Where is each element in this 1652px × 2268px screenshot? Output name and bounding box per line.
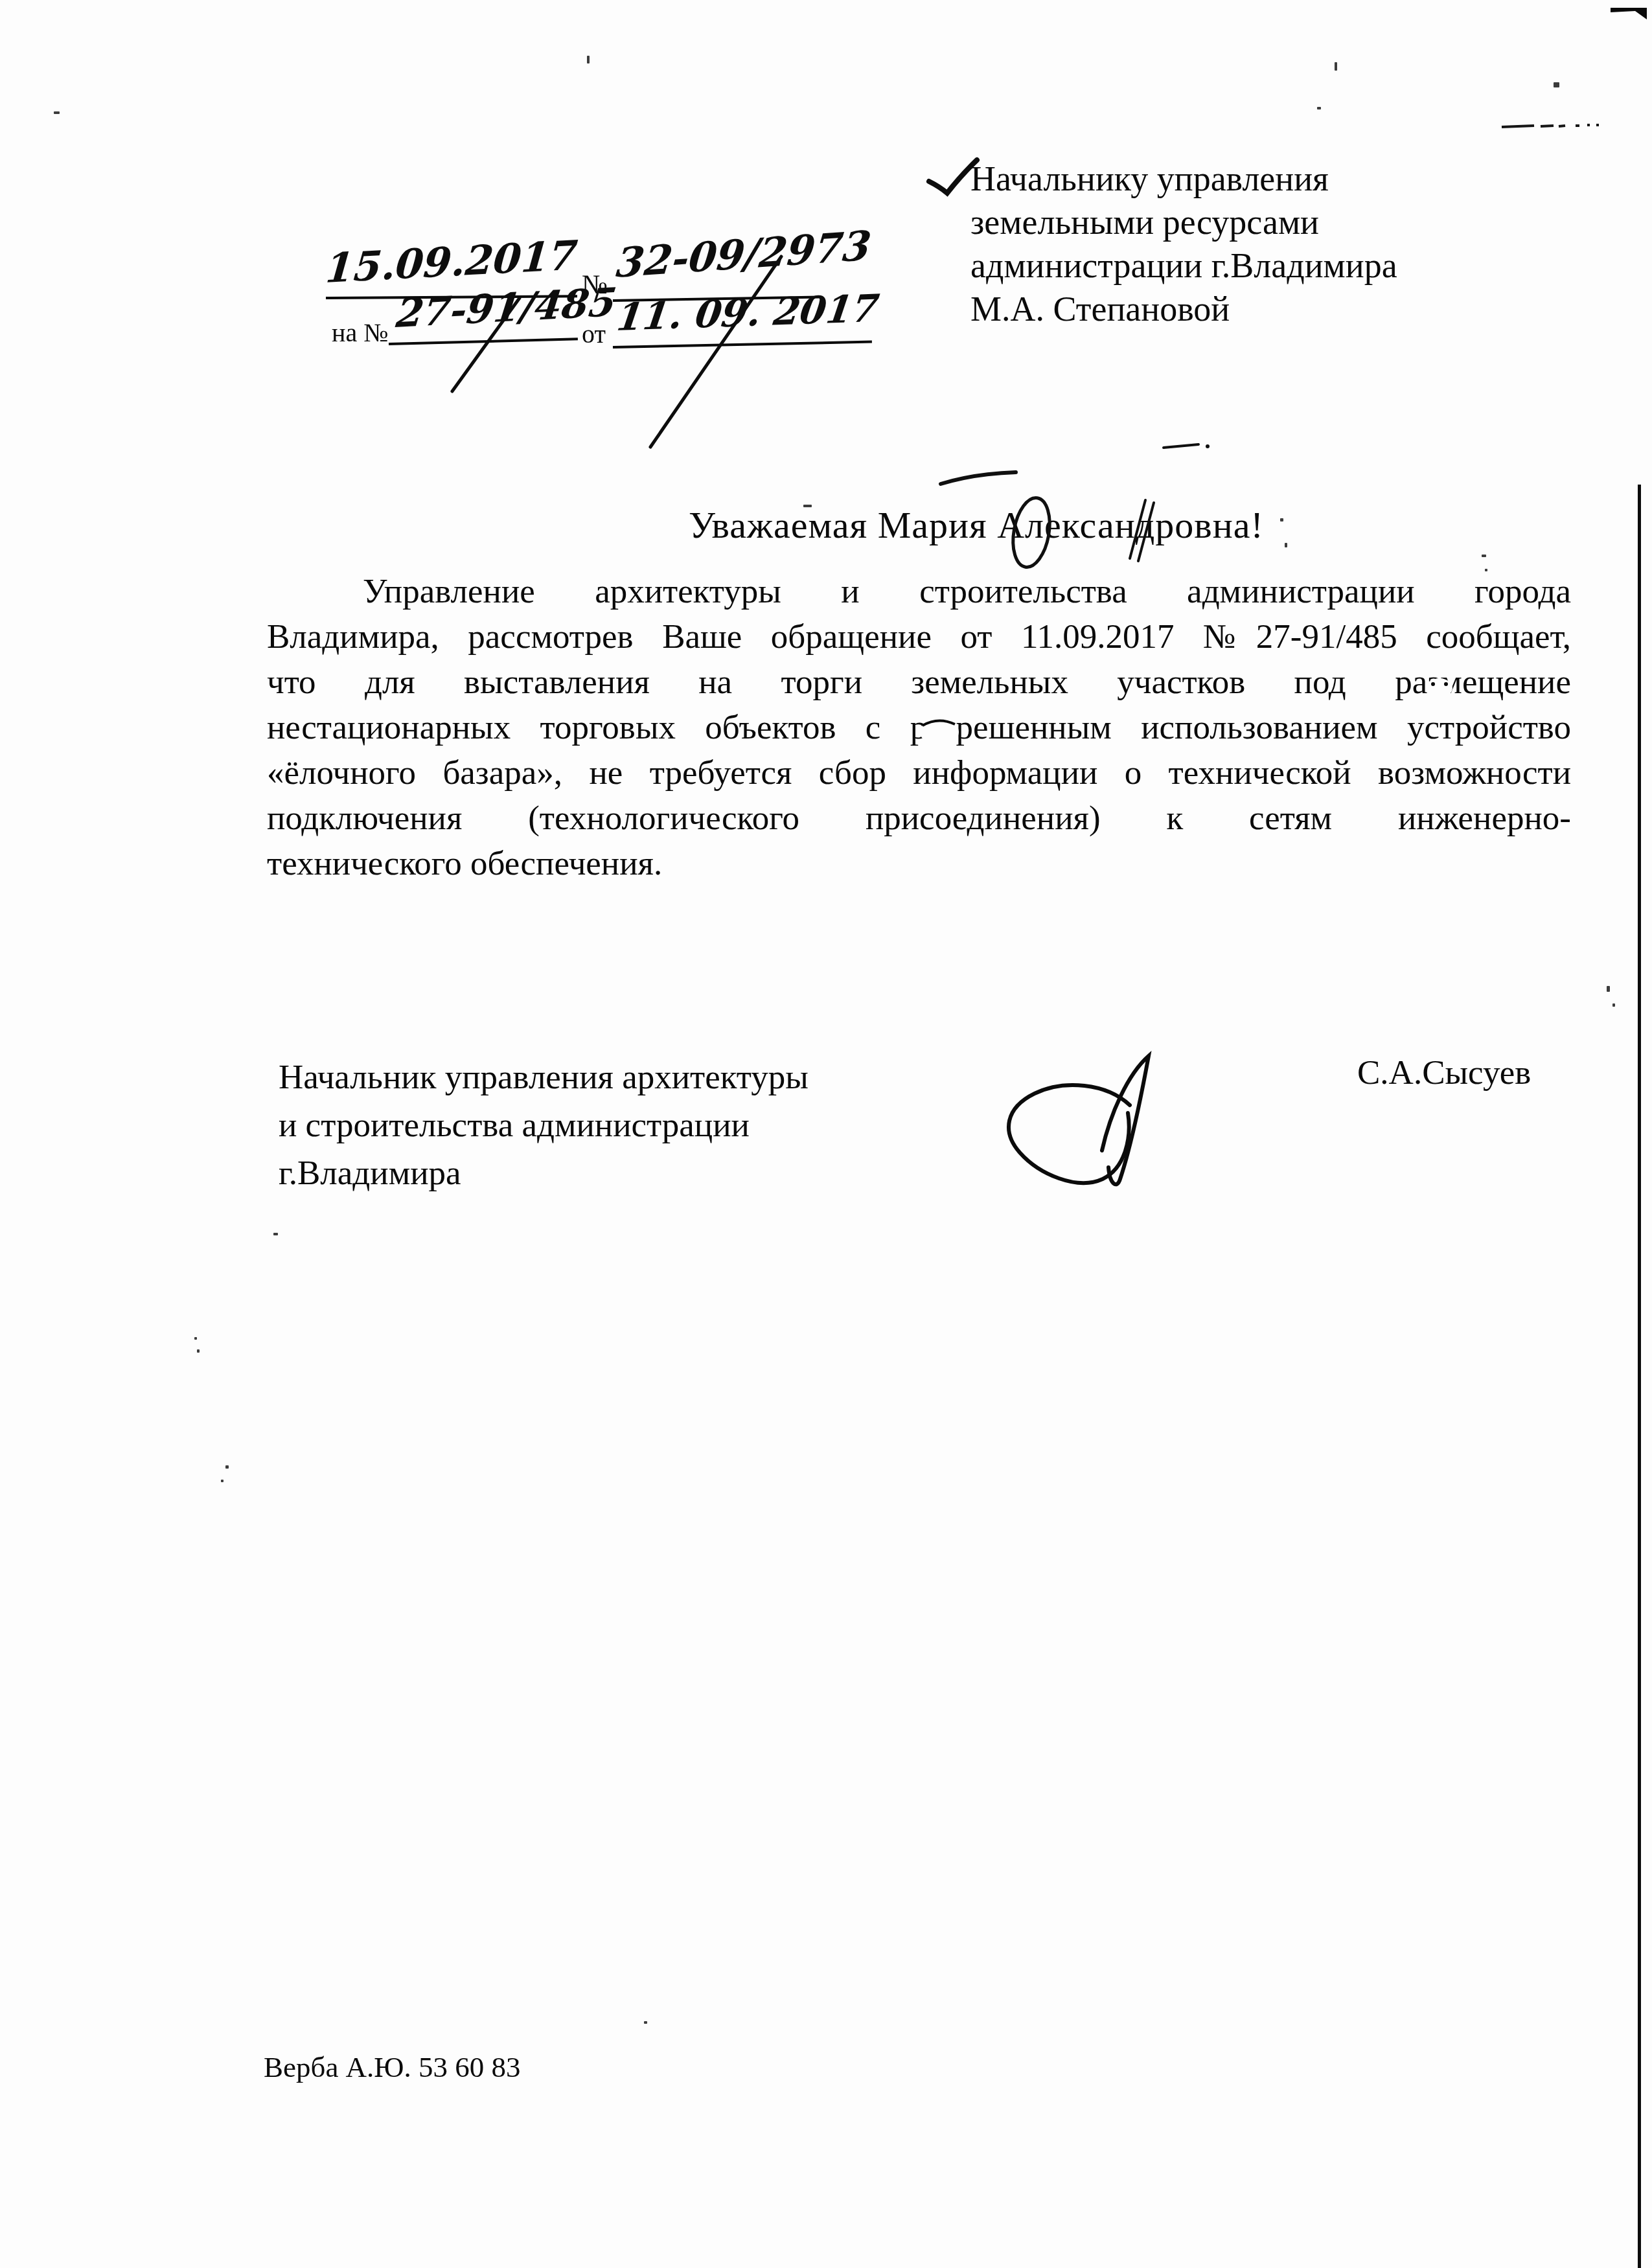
scan-speck: [225, 1465, 229, 1469]
scan-speck: [1554, 82, 1559, 87]
signer-name: С.А.Сысуев: [1357, 1053, 1531, 1092]
scan-speck: [803, 505, 812, 507]
scan-speck: [197, 1349, 200, 1353]
scanned-letter-page: { "colors": { "ink": "#0a0a0a", "backgro…: [0, 0, 1652, 2268]
scan-speck: [1485, 569, 1487, 571]
outgoing-number-handwritten: 32-09/2973: [614, 222, 873, 287]
body-line: что для выставления на торги земельных у…: [267, 659, 1571, 705]
reference-number-underline: [389, 338, 578, 345]
body-line: нестационарных торговых объектов с разре…: [267, 705, 1571, 750]
scan-speck: [1335, 62, 1337, 71]
scan-speck: [1317, 107, 1321, 109]
scan-speck: [273, 1233, 278, 1235]
addressee-line: администрации г.Владимира: [970, 244, 1397, 288]
signer-position-line: г.Владимира: [279, 1149, 809, 1197]
addressee-line: земельными ресурсами: [970, 201, 1397, 244]
scan-speck: [194, 1337, 197, 1340]
salutation: Уважаемая Мария Александровна!: [689, 503, 1264, 548]
signer-position-line: Начальник управления архитектуры: [279, 1053, 809, 1101]
scan-speck: [1482, 555, 1486, 557]
body-line: Владимира, рассмотрев Ваше обращение от …: [267, 614, 1571, 659]
dashed-line-mark: [1502, 125, 1599, 127]
body-line: Управление архитектуры и строительства а…: [267, 569, 1571, 614]
reference-label: на №: [332, 317, 388, 348]
reference-date-underline: [613, 341, 872, 349]
scan-speck: [587, 56, 590, 63]
signer-position-block: Начальник управления архитектуры и строи…: [279, 1053, 809, 1197]
body-line: «ёлочного базара», не требуется сбор инф…: [267, 750, 1571, 796]
body-line: технического обеспечения.: [267, 841, 1571, 886]
scan-speck: [1285, 543, 1287, 547]
scan-speck: [221, 1480, 224, 1482]
addressee-block: Начальнику управления земельными ресурса…: [970, 157, 1397, 331]
addressee-line: М.А. Степановой: [970, 288, 1397, 331]
scan-edge-line: [1638, 485, 1641, 2268]
addressee-line: Начальнику управления: [970, 157, 1397, 201]
checkmark-pen-icon: [929, 160, 977, 193]
letter-body: Управление архитектуры и строительства а…: [267, 569, 1571, 886]
scan-artifacts-overlay: [0, 0, 1652, 2268]
outgoing-date-handwritten: 15.09.2017: [324, 231, 579, 292]
scan-speck: [644, 2021, 647, 2024]
signer-position-line: и строительства администрации: [279, 1101, 809, 1149]
signature-scribble: [1009, 1056, 1149, 1184]
scan-speck: [1607, 986, 1610, 992]
body-line: подключения (технологического присоедине…: [267, 796, 1571, 841]
scan-speck: [1612, 1003, 1615, 1007]
executor-contact: Верба А.Ю. 53 60 83: [264, 2050, 521, 2084]
scan-speck: [54, 111, 60, 114]
from-date-label: от: [582, 319, 606, 349]
reference-date-handwritten: 11. 09. 2017: [614, 286, 882, 339]
corner-mark: [1611, 8, 1647, 19]
scan-speck: [1280, 518, 1283, 521]
